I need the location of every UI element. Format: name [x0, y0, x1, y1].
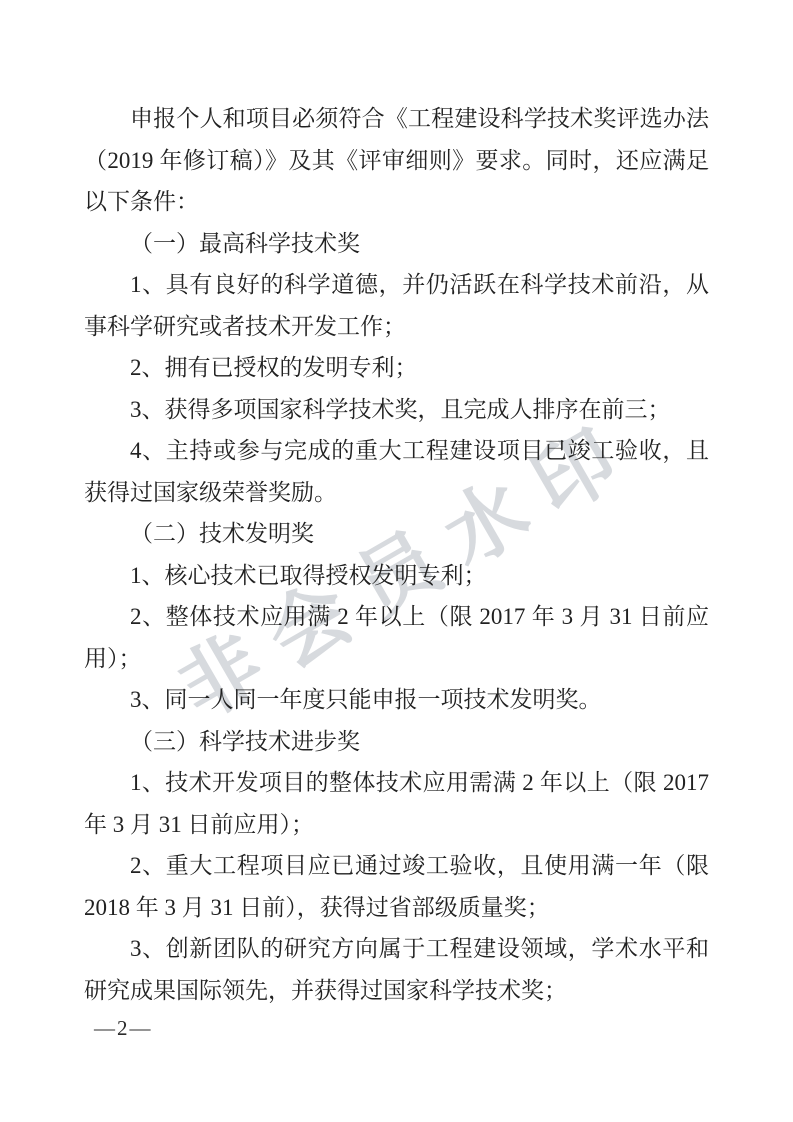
section-heading-invention-award: （二）技术发明奖 — [84, 513, 709, 555]
paragraph-intro: 申报个人和项目必须符合《工程建设科学技术奖评选办法（2019 年修订稿）》及其《… — [84, 98, 709, 223]
list-item: 2、拥有已授权的发明专利； — [84, 347, 709, 389]
section-heading-top-science-award: （一）最高科学技术奖 — [84, 223, 709, 265]
list-item: 1、具有良好的科学道德，并仍活跃在科学技术前沿，从事科学研究或者技术开发工作； — [84, 264, 709, 347]
list-item: 2、重大工程项目应已通过竣工验收，且使用满一年（限 2018 年 3 月 31 … — [84, 845, 709, 928]
list-item: 3、创新团队的研究方向属于工程建设领域，学术水平和研究成果国际领先，并获得过国家… — [84, 928, 709, 1011]
document-body: 申报个人和项目必须符合《工程建设科学技术奖评选办法（2019 年修订稿）》及其《… — [84, 98, 709, 1011]
page-number: —2— — [94, 1016, 153, 1041]
list-item: 3、获得多项国家科学技术奖，且完成人排序在前三； — [84, 389, 709, 431]
document-page: 非会员水印 申报个人和项目必须符合《工程建设科学技术奖评选办法（2019 年修订… — [0, 0, 793, 1122]
list-item: 4、主持或参与完成的重大工程建设项目已竣工验收，且获得过国家级荣誉奖励。 — [84, 430, 709, 513]
list-item: 1、核心技术已取得授权发明专利； — [84, 555, 709, 597]
list-item: 2、整体技术应用满 2 年以上（限 2017 年 3 月 31 日前应用）； — [84, 596, 709, 679]
section-heading-progress-award: （三）科学技术进步奖 — [84, 721, 709, 763]
list-item: 3、同一人同一年度只能申报一项技术发明奖。 — [84, 679, 709, 721]
list-item: 1、技术开发项目的整体技术应用需满 2 年以上（限 2017 年 3 月 31 … — [84, 762, 709, 845]
